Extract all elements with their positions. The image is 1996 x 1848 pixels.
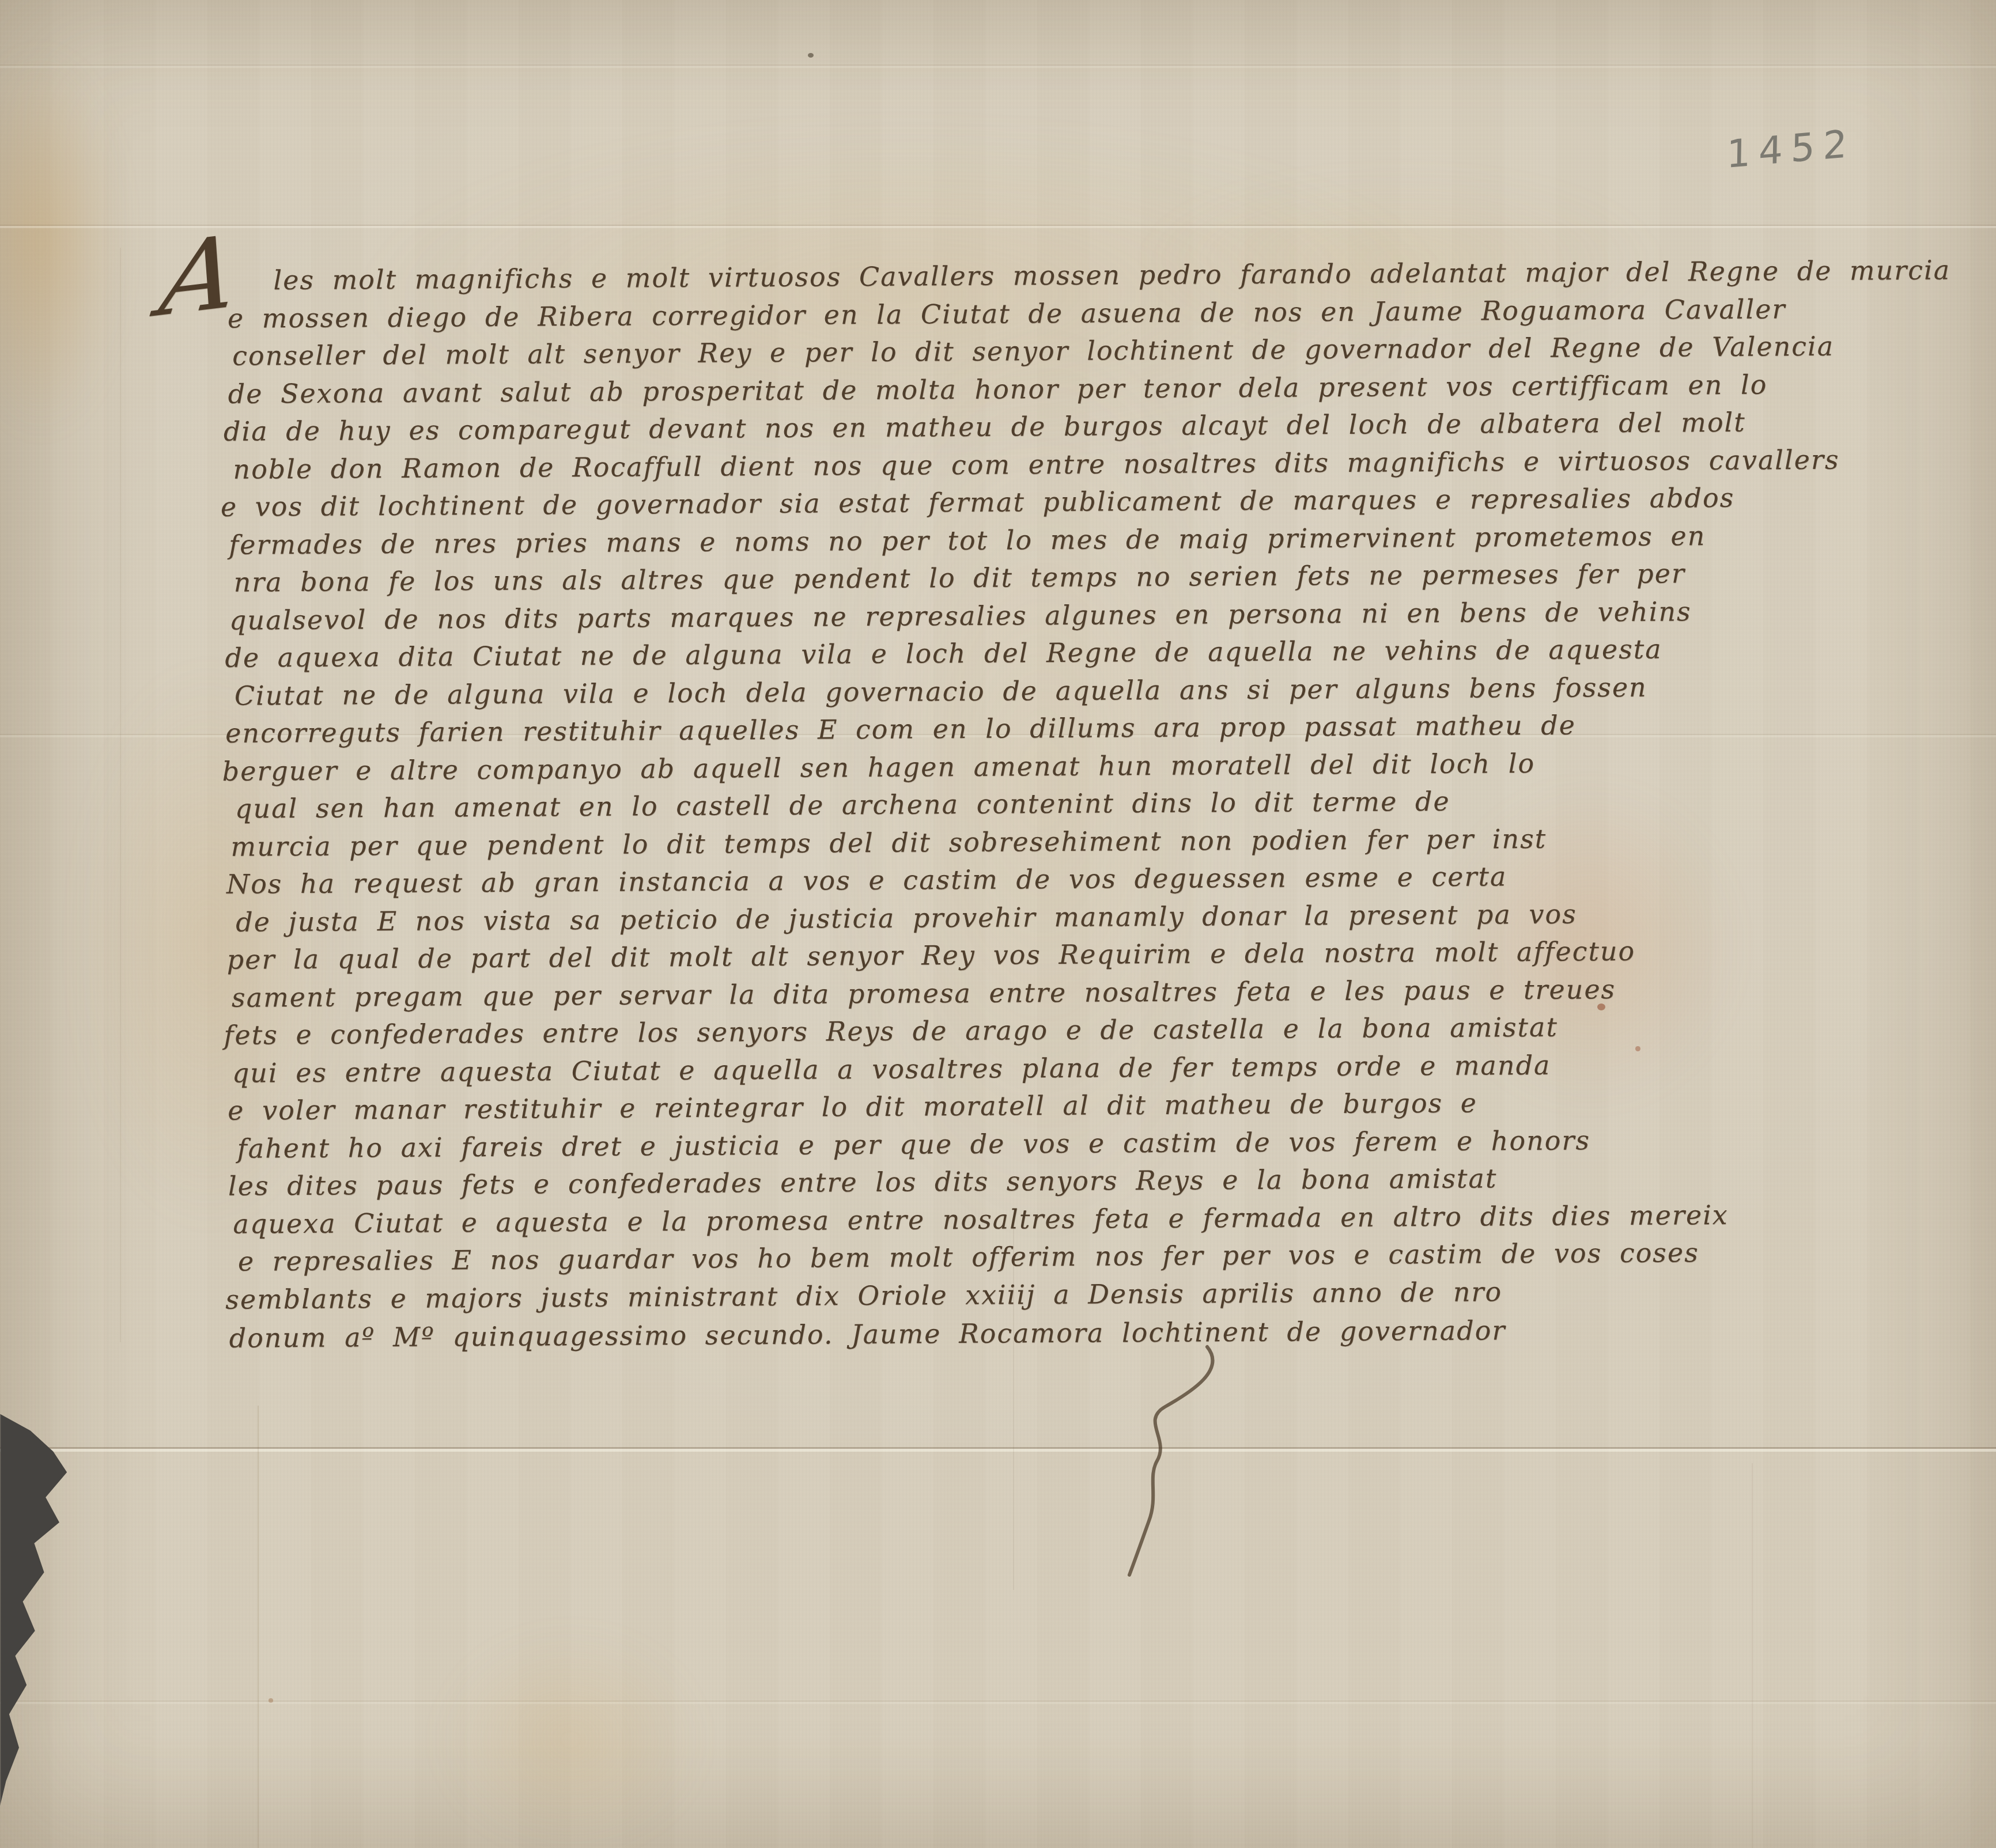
fold-crease-horizontal (0, 65, 1996, 68)
fold-crease-horizontal (0, 1447, 1996, 1452)
fold-crease-vertical (1752, 1463, 1753, 1848)
ink-speck (808, 53, 814, 58)
signature-paraph (1072, 1342, 1245, 1584)
fold-crease-horizontal (0, 1701, 1996, 1704)
fold-crease-vertical (120, 248, 121, 1342)
paper-stain (438, 1630, 703, 1848)
fold-crease-horizontal (0, 225, 1996, 228)
manuscript-text-block: les molt magnifichs e molt virtuosos Cav… (222, 252, 1900, 1357)
scanned-manuscript-page: 1452 A les molt magnifichs e molt virtuo… (0, 0, 1996, 1848)
fold-crease-vertical (258, 1406, 259, 1848)
